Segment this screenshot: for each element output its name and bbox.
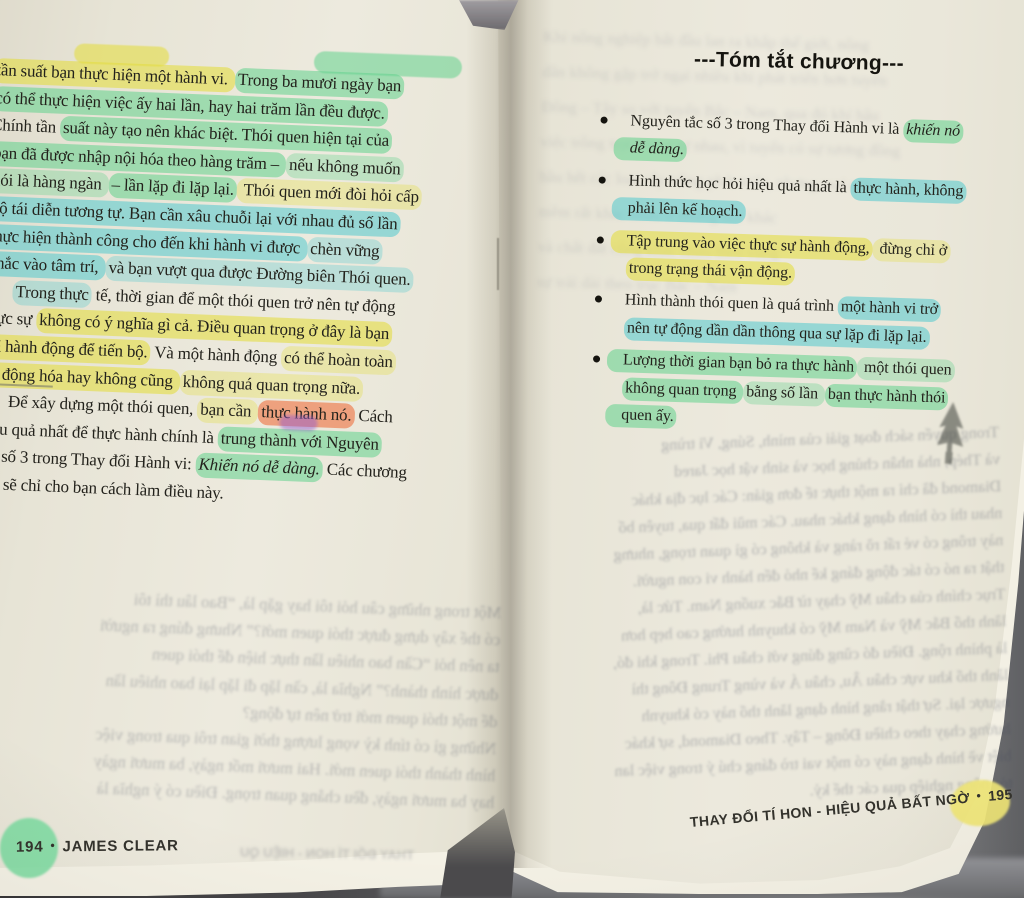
text-segment: thực sự bbox=[0, 308, 37, 329]
text-segment: sau sẽ chỉ cho bạn cách làm điều này. bbox=[0, 474, 224, 503]
text-segment: Và một hành động bbox=[150, 342, 281, 366]
text-segment: không quan trọng bbox=[622, 377, 744, 404]
text-segment: chắc vào tâm trí, bbox=[0, 251, 106, 281]
summary-bullet-item: Hình thành thói quen là quá trình một hà… bbox=[578, 285, 1010, 353]
bullet-dot bbox=[600, 116, 607, 123]
text-segment: dễ dàng. bbox=[613, 137, 687, 162]
text-segment: thực hành, không bbox=[850, 177, 966, 204]
book-photo: Một trong những câu hỏi tôi hay gặp là, … bbox=[0, 0, 1024, 898]
highlight-smudge-purple bbox=[279, 415, 318, 432]
text-segment: Hình thành thói quen là quá trình bbox=[625, 292, 838, 316]
chapter-summary-title: ---Tóm tắt chương--- bbox=[694, 48, 904, 76]
text-segment: khiến nó bbox=[903, 119, 964, 144]
gutter-crease-line bbox=[497, 238, 499, 290]
text-segment: Chính tần bbox=[0, 115, 60, 137]
text-segment: phải lên kế hoạch. bbox=[611, 197, 745, 224]
text-segment: Hình thức học hỏi hiệu quả nhất là bbox=[628, 172, 850, 196]
footer-separator-dot: • bbox=[50, 838, 55, 852]
text-segment: Các chương bbox=[322, 460, 407, 482]
footer-separator-dot: • bbox=[976, 789, 982, 803]
text-segment: một thói quen bbox=[857, 357, 955, 383]
chapter-summary-list: Nguyên tắc số 3 trong Thay đổi Hành vi l… bbox=[575, 106, 1015, 446]
bullet-dot bbox=[595, 296, 602, 303]
summary-bullet-item: Hình thức học hỏi hiệu quả nhất là thực … bbox=[581, 166, 1013, 234]
text-segment: Cách bbox=[354, 406, 393, 427]
text-segment: bạn thực hành thói bbox=[825, 383, 949, 410]
text-segment: nếu không muốn bbox=[286, 153, 404, 183]
bullet-dot bbox=[597, 236, 604, 243]
text-segment: nói là hàng ngàn bbox=[0, 168, 109, 198]
text-segment: một hành vi trở bbox=[837, 296, 941, 322]
summary-bullet-item: Lượng thời gian bạn bỏ ra thực hành một … bbox=[575, 345, 1007, 441]
bullet-dot bbox=[593, 356, 600, 363]
left-page-footer: 194•JAMES CLEAR bbox=[16, 837, 179, 855]
highlight-blob-yellow bbox=[74, 43, 170, 67]
text-segment: quen ấy. bbox=[605, 404, 677, 429]
author-name: JAMES CLEAR bbox=[62, 837, 178, 855]
summary-bullet-item: Tập trung vào việc thực sự hành động, đừ… bbox=[580, 226, 1012, 294]
text-segment: Để xây dựng một thói quen, bbox=[8, 392, 198, 419]
bullet-dot bbox=[599, 176, 606, 183]
text-segment: Trong thực bbox=[12, 280, 92, 308]
text-segment: Nguyên tắc số 3 trong Thay đổi Hành vi l… bbox=[630, 112, 903, 138]
text-segment: tắc số 3 trong Thay đổi Hành vi: bbox=[0, 446, 196, 474]
page-number-left: 194 bbox=[16, 838, 44, 855]
text-segment: chèn vững bbox=[307, 236, 383, 264]
text-segment: có thể hoàn toàn bbox=[281, 346, 397, 376]
text-segment: bằng số lần bbox=[743, 381, 825, 407]
text-segment: bạn cần bbox=[197, 398, 259, 425]
text-segment: nên tự động dần dần thông qua sự lặp đi … bbox=[624, 317, 930, 350]
text-segment: hiệu quả nhất để thực hành chính là bbox=[0, 418, 218, 447]
page-number-right: 195 bbox=[987, 786, 1013, 804]
text-segment: đừng chỉ ở bbox=[872, 238, 950, 263]
left-page-body-text: tần suất bạn thực hiện một hành vi. Tron… bbox=[0, 56, 502, 518]
text-segment: trong trạng thái vận động. bbox=[626, 257, 796, 285]
